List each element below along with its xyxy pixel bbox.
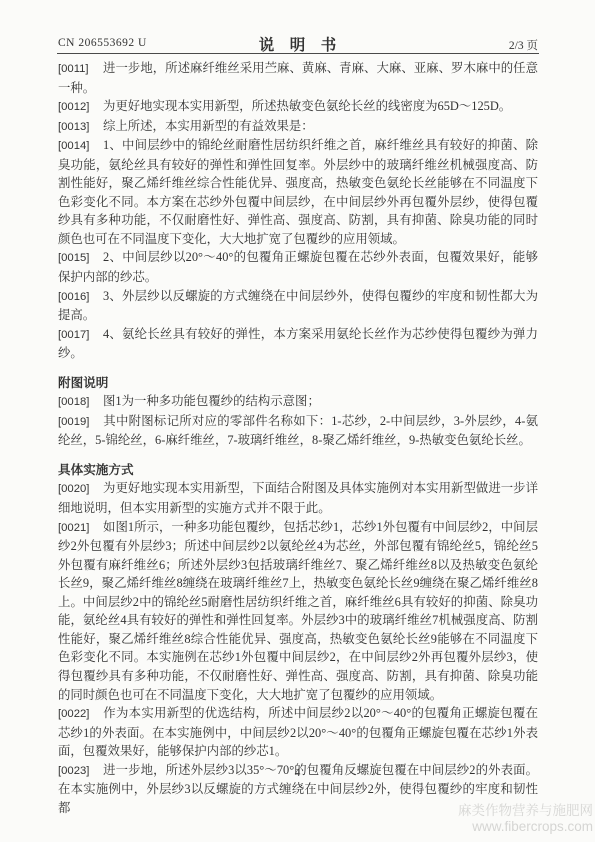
paragraph-text: 为更好地实现本实用新型，下面结合附图及具体实施例对本实用新型做进一步详细地说明，… xyxy=(58,481,538,515)
paragraph-text: 3、外层纱以反螺旋的方式缠绕在中间层纱外，使得包覆纱的牢度和韧性都大为提高。 xyxy=(58,289,538,323)
paragraph-text: 综上所述，本实用新型的有益效果是： xyxy=(103,119,314,133)
paragraph-tag: [0016] xyxy=(58,288,103,307)
paragraph-text: 4、氨纶长丝具有较好的弹性，本方案采用氨纶长丝作为芯纱使得包覆纱为弹力纱。 xyxy=(58,327,538,361)
paragraph-tag: [0022] xyxy=(58,705,103,724)
paragraph-0022: [0022]作为本实用新型的优选结构，所述中间层纱2以20°～40°的包覆角正螺… xyxy=(58,704,538,761)
paragraph-0013: [0013]综上所述，本实用新型的有益效果是： xyxy=(58,117,538,137)
paragraph-tag: [0013] xyxy=(58,118,103,137)
page-number: 4 xyxy=(0,767,595,779)
paragraph-tag: [0017] xyxy=(58,326,103,345)
document-title: 说 明 书 xyxy=(0,33,595,55)
header-divider xyxy=(57,53,539,54)
paragraph-tag: [0014] xyxy=(58,137,103,156)
paragraph-0020: [0020]为更好地实现本实用新型，下面结合附图及具体实施例对本实用新型做进一步… xyxy=(58,479,538,517)
paragraph-text: 1、中间层纱中的锦纶丝耐磨性居纺织纤维之首，麻纤维丝具有较好的抑菌、除臭功能，氨… xyxy=(58,138,538,246)
page-indicator: 2/3 页 xyxy=(509,37,538,53)
paragraph-0015: [0015]2、中间层纱以20°～40°的包覆角正螺旋包覆在芯纱外表面，包覆效果… xyxy=(58,248,538,286)
paragraph-text: 为更好地实现本实用新型，所述热敏变色氨纶长丝的线密度为65D～125D。 xyxy=(103,99,511,113)
paragraph-0011: [0011]进一步地，所述麻纤维丝采用苎麻、黄麻、青麻、大麻、亚麻、罗木麻中的任… xyxy=(58,59,538,97)
specification-body: [0011]进一步地，所述麻纤维丝采用苎麻、黄麻、青麻、大麻、亚麻、罗木麻中的任… xyxy=(58,59,538,817)
paragraph-text: 2、中间层纱以20°～40°的包覆角正螺旋包覆在芯纱外表面，包覆效果好，能够保护… xyxy=(58,250,538,284)
section-heading-figures: 附图说明 xyxy=(58,374,538,393)
paragraph-0016: [0016]3、外层纱以反螺旋的方式缠绕在中间层纱外，使得包覆纱的牢度和韧性都大… xyxy=(58,287,538,325)
paragraph-text: 图1为一种多功能包覆纱的结构示意图； xyxy=(103,394,320,408)
patent-specification-page: CN 206553692 U 说 明 书 2/3 页 [0011]进一步地，所述… xyxy=(0,0,595,842)
paragraph-0014: [0014]1、中间层纱中的锦纶丝耐磨性居纺织纤维之首，麻纤维丝具有较好的抑菌、… xyxy=(58,136,538,248)
paragraph-tag: [0020] xyxy=(58,480,103,499)
paragraph-text: 进一步地，所述麻纤维丝采用苎麻、黄麻、青麻、大麻、亚麻、罗木麻中的任意一种。 xyxy=(58,61,538,95)
paragraph-tag: [0018] xyxy=(58,393,103,412)
paragraph-0021: [0021]如图1所示，一种多功能包覆纱，包括芯纱1，芯纱1外包覆有中间层纱2，… xyxy=(58,518,538,704)
paragraph-tag: [0011] xyxy=(58,60,103,79)
watermark-site-url: www.fibercrops.com xyxy=(458,819,593,835)
watermark-site-name: 麻类作物营养与施肥网 xyxy=(458,803,593,819)
paragraph-0012: [0012]为更好地实现本实用新型，所述热敏变色氨纶长丝的线密度为65D～125… xyxy=(58,97,538,117)
paragraph-tag: [0015] xyxy=(58,249,103,268)
paragraph-text: 作为本实用新型的优选结构，所述中间层纱2以20°～40°的包覆角正螺旋包覆在芯纱… xyxy=(58,706,538,758)
paragraph-0019: [0019]其中附图标记所对应的零部件名称如下：1-芯纱，2-中间层纱，3-外层… xyxy=(58,412,538,450)
paragraph-tag: [0021] xyxy=(58,519,103,538)
paragraph-0018: [0018]图1为一种多功能包覆纱的结构示意图； xyxy=(58,392,538,412)
paragraph-0017: [0017]4、氨纶长丝具有较好的弹性，本方案采用氨纶长丝作为芯纱使得包覆纱为弹… xyxy=(58,325,538,363)
paragraph-tag: [0012] xyxy=(58,98,103,117)
section-heading-embodiments: 具体实施方式 xyxy=(58,461,538,480)
watermark: 麻类作物营养与施肥网 www.fibercrops.com xyxy=(458,803,593,834)
paragraph-tag: [0019] xyxy=(58,413,103,432)
paragraph-text: 如图1所示，一种多功能包覆纱，包括芯纱1，芯纱1外包覆有中间层纱2，中间层纱2外… xyxy=(58,520,538,702)
paragraph-text: 其中附图标记所对应的零部件名称如下：1-芯纱，2-中间层纱，3-外层纱，4-氨纶… xyxy=(58,414,538,448)
